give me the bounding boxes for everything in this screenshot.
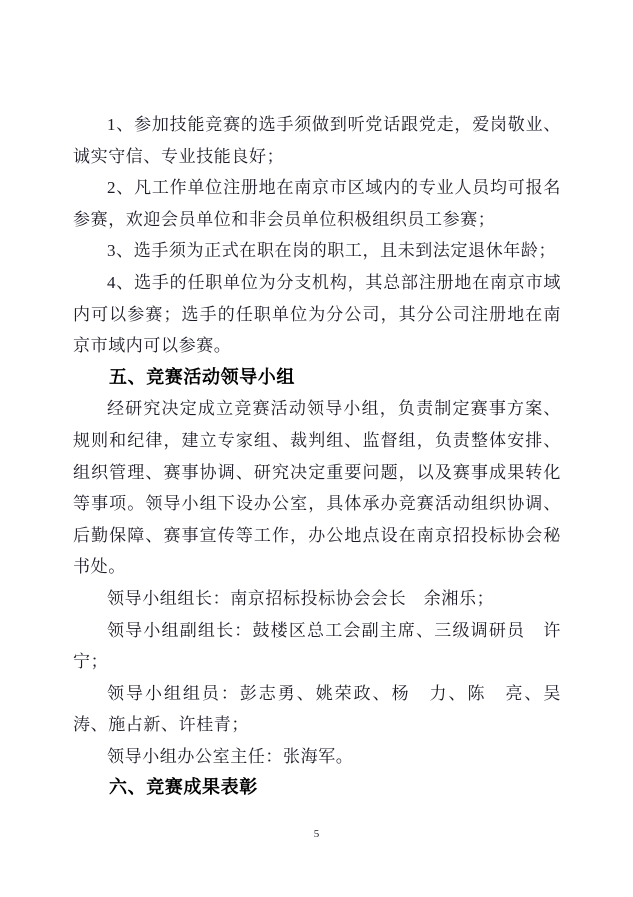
paragraph-group-leader: 领导小组组长：南京招标投标协会会长 余湘乐； (73, 583, 561, 615)
paragraph-eligibility-3: 3、选手须为正式在职在岗的职工，且未到法定退休年龄； (73, 235, 561, 267)
paragraph-leading-group: 经研究决定成立竞赛活动领导小组，负责制定赛事方案、规则和纪律，建立专家组、裁判组… (73, 393, 561, 583)
paragraph-deputy-leader: 领导小组副组长：鼓楼区总工会副主席、三级调研员 许宁； (73, 615, 561, 678)
document-body: 1、参加技能竞赛的选手须做到听党话跟党走，爱岗敬业、诚实守信、专业技能良好； 2… (73, 109, 561, 804)
paragraph-group-members: 领导小组组员：彭志勇、姚荣政、杨 力、陈 亮、吴 涛、施占新、许桂青； (73, 678, 561, 741)
document-page: 1、参加技能竞赛的选手须做到听党话跟党走，爱岗敬业、诚实守信、专业技能良好； 2… (0, 0, 633, 897)
section-heading-5: 五、竞赛活动领导小组 (73, 362, 561, 394)
section-heading-6: 六、竞赛成果表彰 (73, 772, 561, 804)
paragraph-eligibility-1: 1、参加技能竞赛的选手须做到听党话跟党走，爱岗敬业、诚实守信、专业技能良好； (73, 109, 561, 172)
paragraph-eligibility-4: 4、选手的任职单位为分支机构，其总部注册地在南京市域内可以参赛；选手的任职单位为… (73, 267, 561, 362)
page-number: 5 (0, 828, 633, 840)
paragraph-office-director: 领导小组办公室主任：张海军。 (73, 741, 561, 773)
paragraph-eligibility-2: 2、凡工作单位注册地在南京市区域内的专业人员均可报名参赛，欢迎会员单位和非会员单… (73, 172, 561, 235)
